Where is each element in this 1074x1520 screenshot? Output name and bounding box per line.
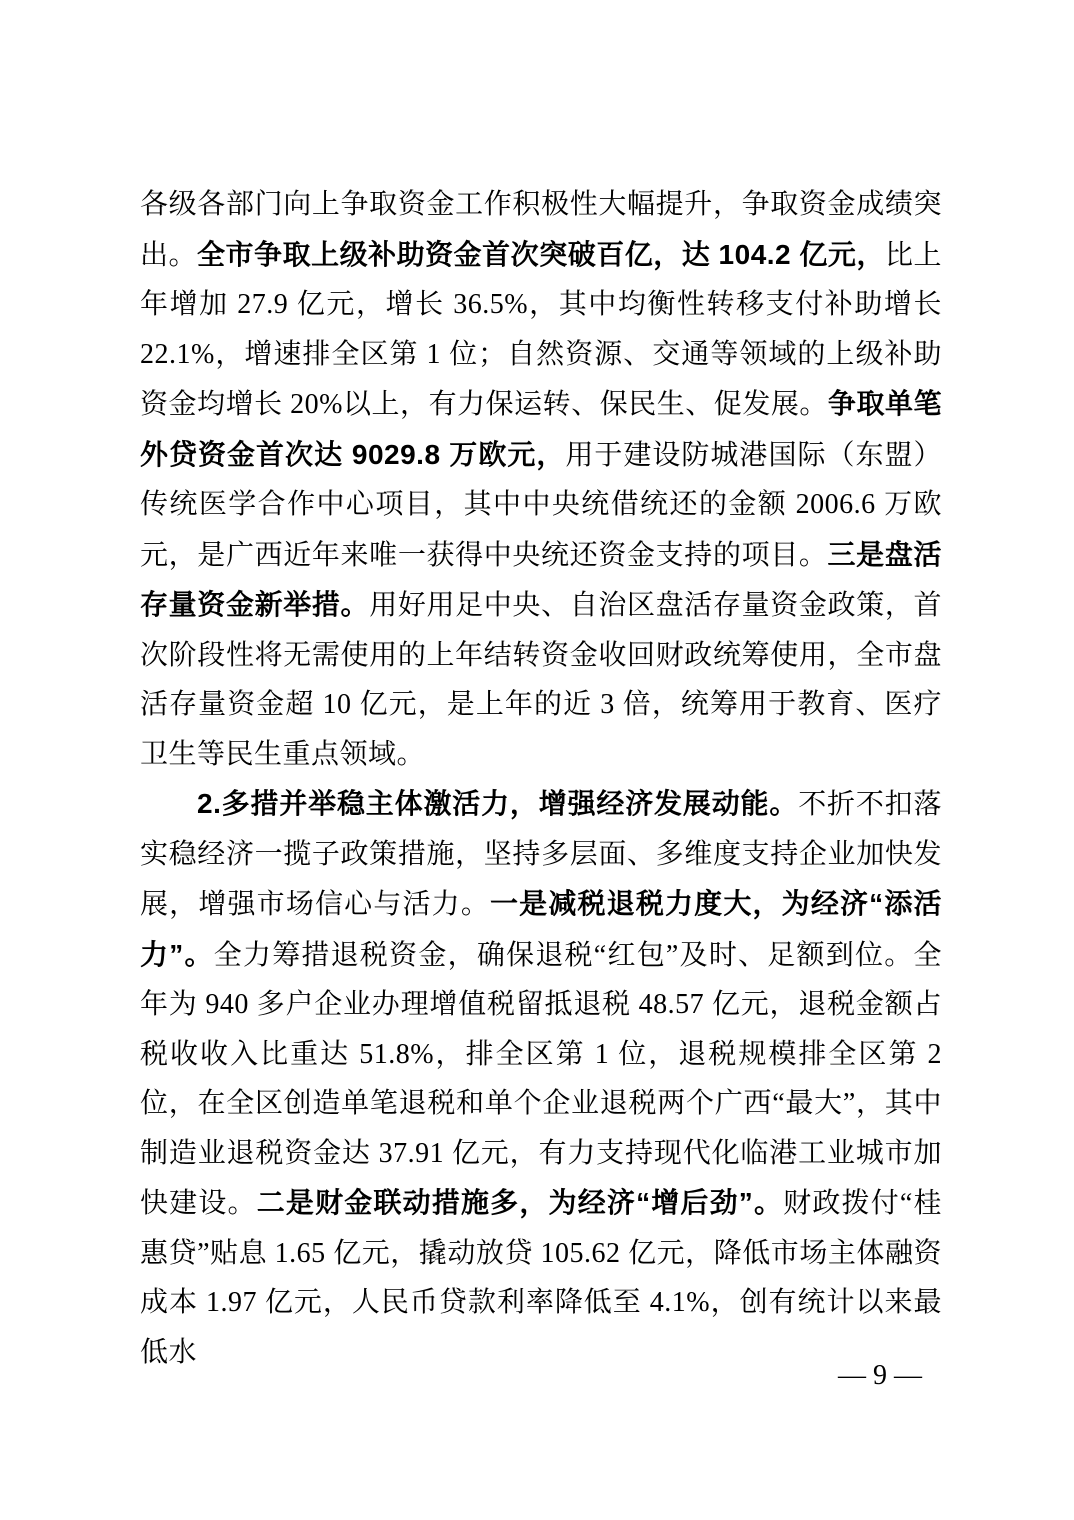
bold-text-run: 全市争取上级补助资金首次突破百亿，达 104.2 亿元， — [197, 239, 885, 270]
paragraph-stabilize-entities: 2.多措并举稳主体激活力，增强经济发展动能。不折不扣落实稳经济一揽子政策措施，坚… — [140, 779, 942, 1377]
document-page: 各级各部门向上争取资金工作积极性大幅提升，争取资金成绩突出。全市争取上级补助资金… — [0, 0, 1074, 1520]
paragraph-fund-striving: 各级各部门向上争取资金工作积极性大幅提升，争取资金成绩突出。全市争取上级补助资金… — [140, 180, 942, 779]
page-number: — 9 — — [818, 1356, 942, 1396]
bold-text-run: 2.多措并举稳主体激活力，增强经济发展动能。 — [197, 788, 798, 819]
text-run: 全力筹措退税资金，确保退税“红包”及时、足额到位。全年为 940 多户企业办理增… — [140, 940, 942, 1220]
document-body: 各级各部门向上争取资金工作积极性大幅提升，争取资金成绩突出。全市争取上级补助资金… — [140, 180, 942, 1377]
bold-text-run: 二是财金联动措施多，为经济“增后劲”。 — [257, 1187, 783, 1218]
